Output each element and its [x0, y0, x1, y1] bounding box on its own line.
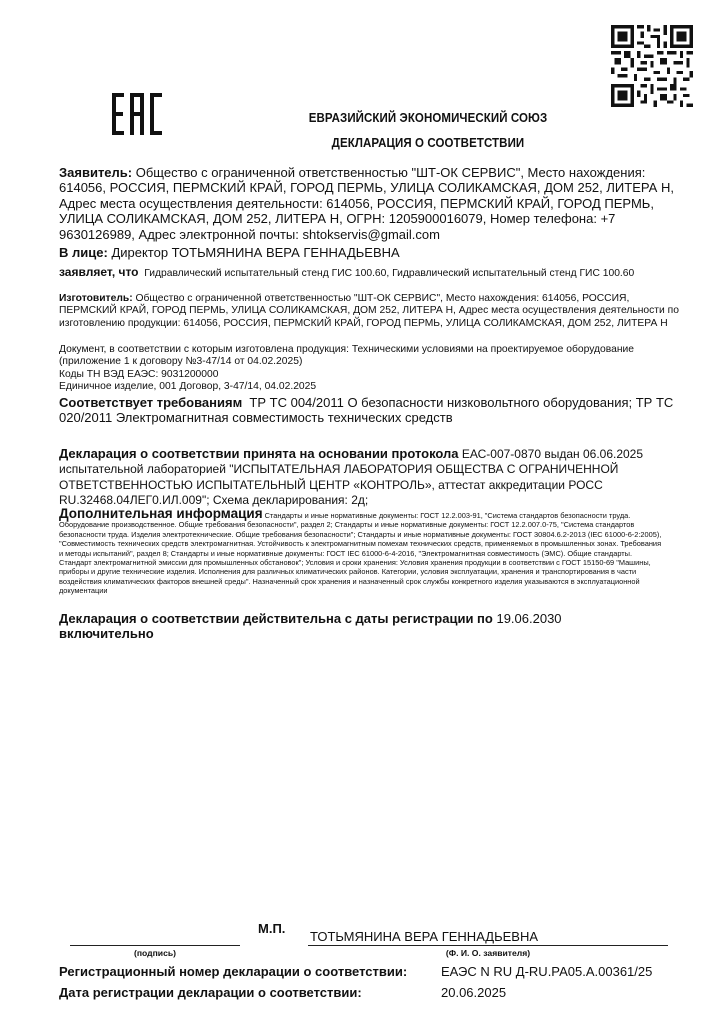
stamp-label: М.П. — [258, 921, 285, 936]
validity-label: Декларация о соответствии действительна … — [59, 611, 493, 626]
union-title: ЕВРАЗИЙСКИЙ ЭКОНОМИЧЕСКИЙ СОЮЗ — [218, 111, 638, 125]
registration-date-label: Дата регистрации декларации о соответств… — [59, 985, 362, 1000]
signature-caption: (подпись) — [70, 948, 240, 958]
registration-number-label: Регистрационный номер декларации о соотв… — [59, 964, 407, 979]
additional-info-text: Стандарты и иные нормативные документы: … — [59, 511, 661, 595]
declares-text: Гидравлический испытательный стенд ГИС 1… — [144, 268, 634, 279]
registration-date: 20.06.2025 — [441, 985, 506, 1000]
single-item: Единичное изделие, 001 Договор, 3-47/14,… — [59, 381, 683, 393]
manufacturer-text: Общество с ограниченной ответственностью… — [59, 293, 679, 329]
tn-ved-codes: Коды ТН ВЭД ЕАЭС: 9031200000 — [59, 369, 683, 381]
validity-suffix: включительно — [59, 626, 154, 641]
conforms-label: Соответствует требованиям — [59, 395, 242, 410]
basis-section: Декларация о соответствии принята на осн… — [59, 446, 683, 509]
manufacturer-label: Изготовитель: — [59, 293, 133, 304]
applicant-name: ТОТЬМЯНИНА ВЕРА ГЕННАДЬЕВНА — [310, 929, 538, 944]
validity-date: 19.06.2030 — [496, 611, 561, 626]
additional-info-label: Дополнительная информация — [59, 506, 263, 521]
applicant-section: Заявитель: Общество с ограниченной ответ… — [59, 165, 683, 242]
eac-logo-icon — [112, 93, 162, 135]
conforms-section: Соответствует требованиям ТР ТС 004/2011… — [59, 395, 683, 426]
name-caption: (Ф. И. О. заявителя) — [308, 948, 668, 958]
signature-line — [70, 945, 240, 946]
applicant-label: Заявитель: — [59, 165, 132, 180]
additional-info-section: Дополнительная информация Стандарты и ин… — [59, 509, 665, 596]
person-text: Директор ТОТЬМЯНИНА ВЕРА ГЕННАДЬЕВНА — [111, 245, 399, 260]
name-line — [308, 945, 668, 946]
declares-section: заявляет, что Гидравлический испытательн… — [59, 266, 683, 280]
product-document: Документ, в соответствии с которым изгот… — [59, 344, 683, 369]
registration-number: ЕАЭС N RU Д-RU.РА05.А.00361/25 — [441, 964, 652, 979]
applicant-text: Общество с ограниченной ответственностью… — [59, 165, 674, 242]
document-title: ДЕКЛАРАЦИЯ О СООТВЕТСТВИИ — [218, 136, 638, 150]
qr-code-icon — [611, 25, 693, 107]
validity-section: Декларация о соответствии действительна … — [59, 611, 683, 642]
basis-label: Декларация о соответствии принята на осн… — [59, 446, 459, 461]
declares-label: заявляет, что — [59, 265, 139, 279]
person-section: В лице: Директор ТОТЬМЯНИНА ВЕРА ГЕННАДЬ… — [59, 245, 683, 260]
person-label: В лице: — [59, 245, 108, 260]
manufacturer-section: Изготовитель: Общество с ограниченной от… — [59, 293, 683, 330]
